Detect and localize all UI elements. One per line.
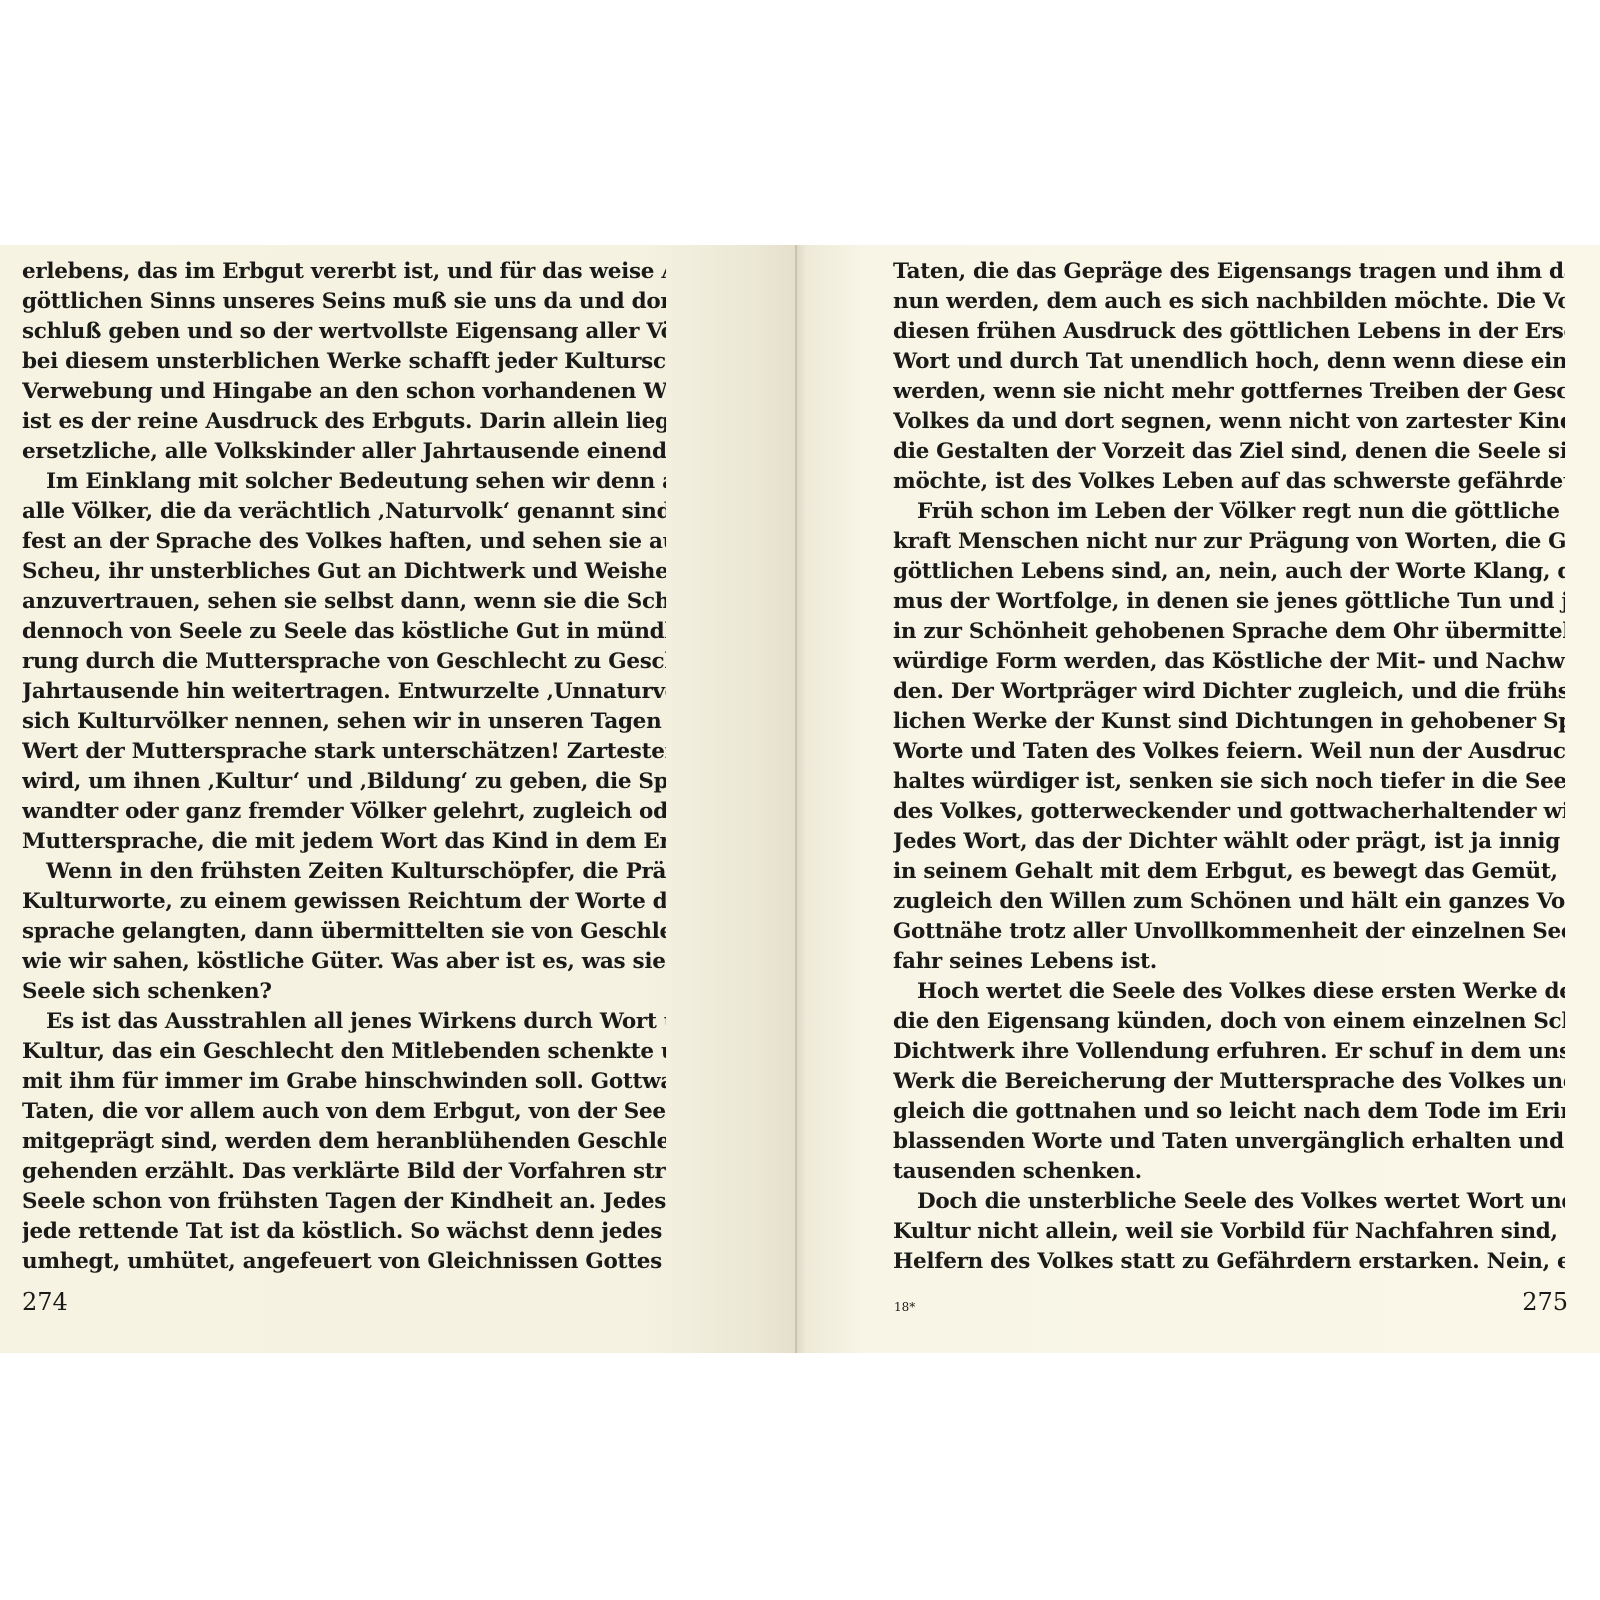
- text-line: blassenden Worte und Taten unvergänglich…: [893, 1127, 1565, 1157]
- text-line: alle Völker, die da verächtlich ‚Naturvo…: [22, 497, 666, 527]
- text-line: anzuvertrauen, sehen sie selbst dann, we…: [22, 587, 666, 617]
- text-line: Werk die Bereicherung der Muttersprache …: [893, 1067, 1565, 1097]
- text-line: Dichtwerk ihre Vollendung erfuhren. Er s…: [893, 1037, 1565, 1067]
- text-line: fest an der Sprache des Volkes haften, u…: [22, 527, 666, 557]
- text-line: Muttersprache, die mit jedem Wort das Ki…: [22, 827, 666, 857]
- left-page-body: erlebens, das im Erbgut vererbt ist, und…: [22, 257, 666, 1277]
- text-line: schluß geben und so der wertvollste Eige…: [22, 317, 666, 347]
- text-line: erlebens, das im Erbgut vererbt ist, und…: [22, 257, 666, 287]
- text-line: Im Einklang mit solcher Bedeutung sehen …: [22, 467, 666, 497]
- text-line: sprache gelangten, dann übermittelten si…: [22, 917, 666, 947]
- text-line: mitgeprägt sind, werden dem heranblühend…: [22, 1127, 666, 1157]
- text-line: göttlichen Lebens sind, an, nein, auch d…: [893, 557, 1565, 587]
- text-line: sich Kulturvölker nennen, sehen wir in u…: [22, 707, 666, 737]
- text-line: Doch die unsterbliche Seele des Volkes w…: [893, 1187, 1565, 1217]
- text-line: gleich die gottnahen und so leicht nach …: [893, 1097, 1565, 1127]
- text-line: mit ihm für immer im Grabe hinschwinden …: [22, 1067, 666, 1097]
- text-line: haltes würdiger ist, senken sie sich noc…: [893, 767, 1565, 797]
- text-line: dennoch von Seele zu Seele das köstliche…: [22, 617, 666, 647]
- text-line: nun werden, dem auch es sich nachbilden …: [893, 287, 1565, 317]
- text-line: Worte und Taten des Volkes feiern. Weil …: [893, 737, 1565, 767]
- text-line: würdige Form werden, das Köstliche der M…: [893, 647, 1565, 677]
- text-line: tausenden schenken.: [893, 1157, 1565, 1187]
- text-line: die Gestalten der Vorzeit das Ziel sind,…: [893, 437, 1565, 467]
- text-line: Kulturworte, zu einem gewissen Reichtum …: [22, 887, 666, 917]
- text-line: wandter oder ganz fremder Völker gelehrt…: [22, 797, 666, 827]
- text-line: Kultur nicht allein, weil sie Vorbild fü…: [893, 1217, 1565, 1247]
- text-line: gehenden erzählt. Das verklärte Bild der…: [22, 1157, 666, 1187]
- text-line: kraft Menschen nicht nur zur Prägung von…: [893, 527, 1565, 557]
- text-line: werden, wenn sie nicht mehr gottfernes T…: [893, 377, 1565, 407]
- text-line: Gottnähe trotz aller Unvollkommenheit de…: [893, 917, 1565, 947]
- text-line: lichen Werke der Kunst sind Dichtungen i…: [893, 707, 1565, 737]
- text-line: Jahrtausende hin weitertragen. Entwurzel…: [22, 677, 666, 707]
- text-line: Seele sich schenken?: [22, 977, 666, 1007]
- right-page-body: Taten, die das Gepräge des Eigensangs tr…: [893, 257, 1565, 1277]
- text-line: Es ist das Ausstrahlen all jenes Wirkens…: [22, 1007, 666, 1037]
- text-line: Jedes Wort, das der Dichter wählt oder p…: [893, 827, 1565, 857]
- left-page-number: 274: [22, 1288, 68, 1316]
- text-line: jede rettende Tat ist da köstlich. So wä…: [22, 1217, 666, 1247]
- text-line: Taten, die vor allem auch von dem Erbgut…: [22, 1097, 666, 1127]
- right-page-number: 275: [1522, 1288, 1568, 1316]
- text-line: möchte, ist des Volkes Leben auf das sch…: [893, 467, 1565, 497]
- book-spread: erlebens, das im Erbgut vererbt ist, und…: [0, 245, 1600, 1353]
- text-line: mus der Wortfolge, in denen sie jenes gö…: [893, 587, 1565, 617]
- text-line: Früh schon im Leben der Völker regt nun …: [893, 497, 1565, 527]
- text-line: Verwebung und Hingabe an den schon vorha…: [22, 377, 666, 407]
- right-page: Taten, die das Gepräge des Eigensangs tr…: [797, 245, 1600, 1353]
- signature-mark: 18*: [894, 1300, 915, 1314]
- text-line: Helfern des Volkes statt zu Gefährdern e…: [893, 1247, 1565, 1277]
- text-line: Taten, die das Gepräge des Eigensangs tr…: [893, 257, 1565, 287]
- text-line: Kultur, das ein Geschlecht den Mitlebend…: [22, 1037, 666, 1067]
- text-line: die den Eigensang künden, doch von einem…: [893, 1007, 1565, 1037]
- text-line: Hoch wertet die Seele des Volkes diese e…: [893, 977, 1565, 1007]
- text-line: Volkes da und dort segnen, wenn nicht vo…: [893, 407, 1565, 437]
- left-page: erlebens, das im Erbgut vererbt ist, und…: [0, 245, 795, 1353]
- text-line: Seele schon von frühsten Tagen der Kindh…: [22, 1187, 666, 1217]
- text-line: ersetzliche, alle Volkskinder aller Jahr…: [22, 437, 666, 467]
- text-line: rung durch die Muttersprache von Geschle…: [22, 647, 666, 677]
- text-line: in zur Schönheit gehobenen Sprache dem O…: [893, 617, 1565, 647]
- text-line: Wert der Muttersprache stark unterschätz…: [22, 737, 666, 767]
- text-line: wird, um ihnen ‚Kultur‘ und ‚Bildung‘ zu…: [22, 767, 666, 797]
- text-line: Wort und durch Tat unendlich hoch, denn …: [893, 347, 1565, 377]
- text-line: ist es der reine Ausdruck des Erbguts. D…: [22, 407, 666, 437]
- text-line: göttlichen Sinns unseres Seins muß sie u…: [22, 287, 666, 317]
- text-line: umhegt, umhütet, angefeuert von Gleichni…: [22, 1247, 666, 1277]
- text-line: in seinem Gehalt mit dem Erbgut, es bewe…: [893, 857, 1565, 887]
- text-line: zugleich den Willen zum Schönen und hält…: [893, 887, 1565, 917]
- text-line: diesen frühen Ausdruck des göttlichen Le…: [893, 317, 1565, 347]
- text-line: fahr seines Lebens ist.: [893, 947, 1565, 977]
- text-line: bei diesem unsterblichen Werke schafft j…: [22, 347, 666, 377]
- text-line: wie wir sahen, köstliche Güter. Was aber…: [22, 947, 666, 977]
- text-line: des Volkes, gotterweckender und gottwach…: [893, 797, 1565, 827]
- text-line: den. Der Wortpräger wird Dichter zugleic…: [893, 677, 1565, 707]
- text-line: Wenn in den frühsten Zeiten Kulturschöpf…: [22, 857, 666, 887]
- text-line: Scheu, ihr unsterbliches Gut an Dichtwer…: [22, 557, 666, 587]
